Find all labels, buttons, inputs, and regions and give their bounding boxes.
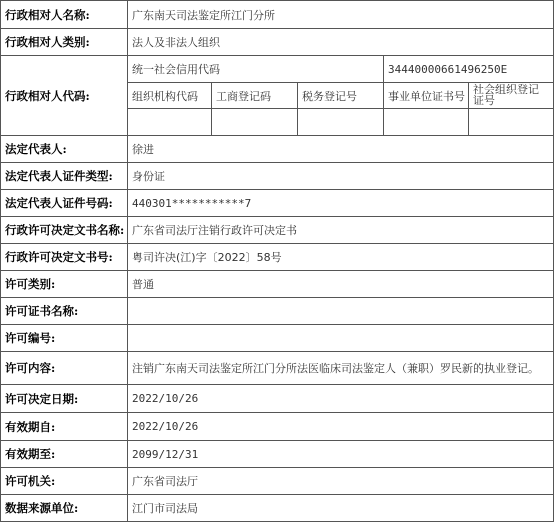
label-permit-authority: 许可机关: — [1, 468, 128, 495]
value-counterpart-type: 法人及非法人组织 — [128, 29, 554, 56]
row-legal-rep-id-type: 法定代表人证件类型: 身份证 — [1, 163, 554, 190]
label-legal-rep-id-number: 法定代表人证件号码: — [1, 190, 128, 217]
row-legal-rep: 法定代表人: 徐进 — [1, 136, 554, 163]
label-decision-doc-name: 行政许可决定文书名称: — [1, 217, 128, 244]
row-valid-to: 有效期至: 2099/12/31 — [1, 441, 554, 468]
row-legal-rep-id-number: 法定代表人证件号码: 440301***********7 — [1, 190, 554, 217]
header-institution-cert: 事业单位证书号 — [384, 83, 469, 109]
value-social-org-cert — [469, 109, 554, 136]
label-permit-number: 许可编号: — [1, 325, 128, 352]
label-data-source: 数据来源单位: — [1, 495, 128, 522]
row-valid-from: 有效期自: 2022/10/26 — [1, 413, 554, 441]
row-permit-category: 许可类别: 普通 — [1, 271, 554, 298]
row-permit-content: 许可内容: 注销广东南天司法鉴定所江门分所法医临床司法鉴定人（兼职）罗民新的执业… — [1, 352, 554, 385]
value-counterpart-name: 广东南天司法鉴定所江门分所 — [128, 1, 554, 29]
value-valid-to: 2099/12/31 — [128, 441, 554, 468]
label-legal-rep-id-type: 法定代表人证件类型: — [1, 163, 128, 190]
value-legal-rep: 徐进 — [128, 136, 554, 163]
value-legal-rep-id-number: 440301***********7 — [128, 190, 554, 217]
label-legal-rep: 法定代表人: — [1, 136, 128, 163]
header-social-org-cert: 社会组织登记证号 — [469, 83, 554, 109]
row-decision-doc-name: 行政许可决定文书名称: 广东省司法厅注销行政许可决定书 — [1, 217, 554, 244]
row-counterpart-name: 行政相对人名称: 广东南天司法鉴定所江门分所 — [1, 1, 554, 29]
header-org-code: 组织机构代码 — [128, 83, 212, 109]
value-decision-date: 2022/10/26 — [128, 385, 554, 413]
row-decision-doc-number: 行政许可决定文书号: 粤司许决(江)字〔2022〕58号 — [1, 244, 554, 271]
label-decision-date: 许可决定日期: — [1, 385, 128, 413]
label-valid-to: 有效期至: — [1, 441, 128, 468]
label-decision-doc-number: 行政许可决定文书号: — [1, 244, 128, 271]
value-valid-from: 2022/10/26 — [128, 413, 554, 441]
value-credit-code: 34440000661496250E — [384, 56, 554, 83]
permit-info-table: 行政相对人名称: 广东南天司法鉴定所江门分所 行政相对人类别: 法人及非法人组织… — [0, 0, 554, 521]
row-permit-authority: 许可机关: 广东省司法厅 — [1, 468, 554, 495]
value-permit-content: 注销广东南天司法鉴定所江门分所法医临床司法鉴定人（兼职）罗民新的执业登记。 — [128, 352, 554, 385]
value-business-reg — [212, 109, 298, 136]
label-valid-from: 有效期自: — [1, 413, 128, 441]
header-business-reg: 工商登记码 — [212, 83, 298, 109]
value-data-source: 江门市司法局 — [128, 495, 554, 522]
label-permit-category: 许可类别: — [1, 271, 128, 298]
value-permit-category: 普通 — [128, 271, 554, 298]
value-permit-authority: 广东省司法厅 — [128, 468, 554, 495]
value-org-code — [128, 109, 212, 136]
row-permit-cert-name: 许可证书名称: — [1, 298, 554, 325]
value-legal-rep-id-type: 身份证 — [128, 163, 554, 190]
row-data-source: 数据来源单位: 江门市司法局 — [1, 495, 554, 522]
value-decision-doc-number: 粤司许决(江)字〔2022〕58号 — [128, 244, 554, 271]
value-decision-doc-name: 广东省司法厅注销行政许可决定书 — [128, 217, 554, 244]
value-tax-reg — [298, 109, 384, 136]
label-credit-code: 统一社会信用代码 — [128, 56, 384, 83]
value-permit-cert-name — [128, 298, 554, 325]
label-permit-cert-name: 许可证书名称: — [1, 298, 128, 325]
value-institution-cert — [384, 109, 469, 136]
row-permit-number: 许可编号: — [1, 325, 554, 352]
header-tax-reg: 税务登记号 — [298, 83, 384, 109]
label-counterpart-code: 行政相对人代码: — [1, 56, 128, 136]
label-counterpart-type: 行政相对人类别: — [1, 29, 128, 56]
row-counterpart-type: 行政相对人类别: 法人及非法人组织 — [1, 29, 554, 56]
value-permit-number — [128, 325, 554, 352]
row-credit-code: 行政相对人代码: 统一社会信用代码 34440000661496250E — [1, 56, 554, 83]
label-counterpart-name: 行政相对人名称: — [1, 1, 128, 29]
row-decision-date: 许可决定日期: 2022/10/26 — [1, 385, 554, 413]
label-permit-content: 许可内容: — [1, 352, 128, 385]
